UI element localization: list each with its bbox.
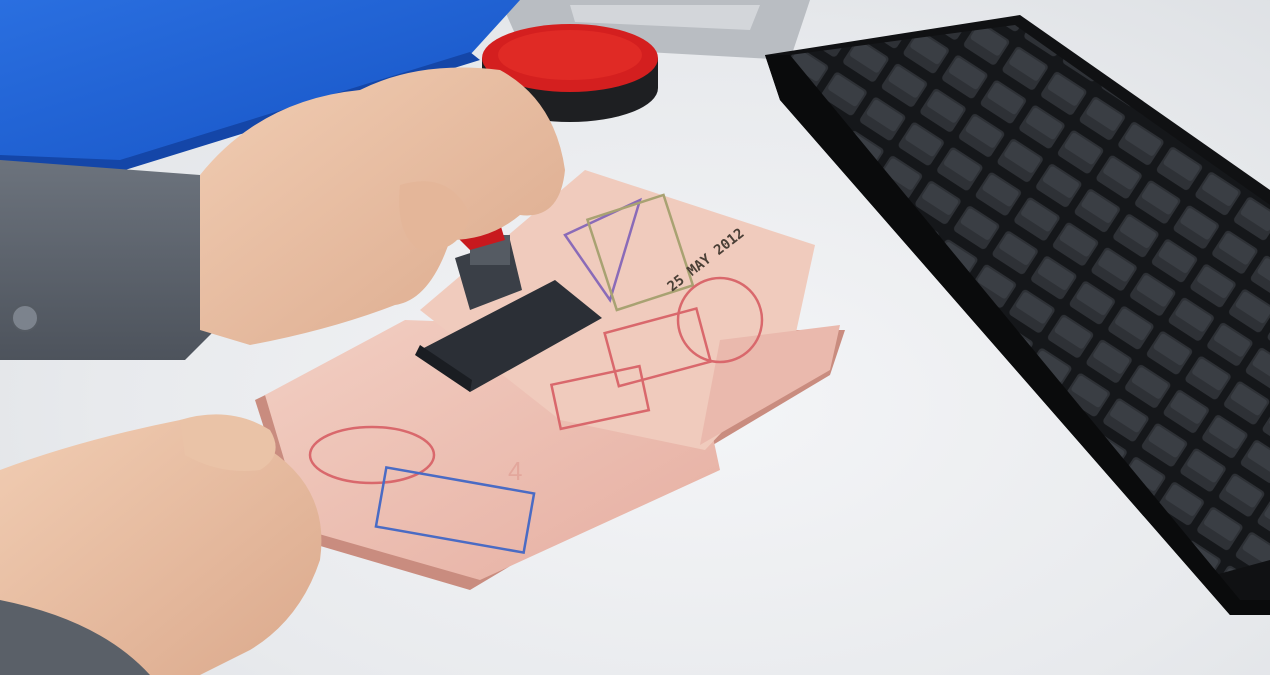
keyboard (765, 15, 1270, 615)
page-number: 4 (508, 456, 522, 486)
photo-scene: 25 MAY 2012 4 (0, 0, 1270, 675)
photo-illustration: 25 MAY 2012 4 (0, 0, 1270, 675)
